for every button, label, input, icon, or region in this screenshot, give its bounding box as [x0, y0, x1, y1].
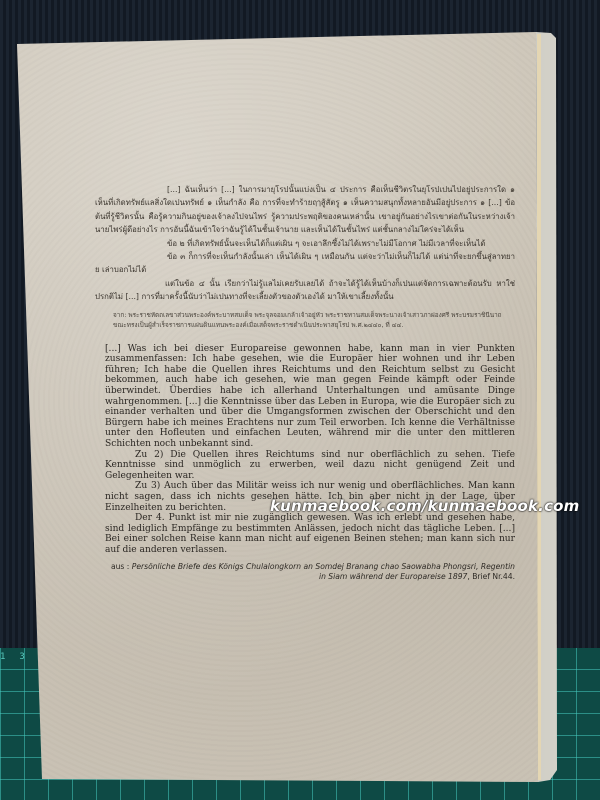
thai-paragraph: ข้อ ๓ ก็การที่จะเห็นกำลังนั้นเล่า เห็นได…	[95, 250, 515, 277]
german-paragraph: Zu 2) Die Quellen ihres Reichtums sind n…	[105, 450, 515, 482]
thai-source-citation: จาก: พระราชหัตถเลขาส่วนพระองค์พระบาทสมเด…	[95, 310, 515, 330]
german-source-citation: aus : Persönliche Briefe des Königs Chul…	[105, 562, 515, 583]
thai-paragraph: [...] ฉันเห็นว่า [...] ในการมายุโรปนั้นแ…	[95, 183, 515, 237]
source-suffix: , Brief Nr.44.	[467, 572, 515, 581]
source-prefix: aus :	[111, 562, 132, 571]
thai-excerpt: [...] ฉันเห็นว่า [...] ในการมายุโรปนั้นแ…	[95, 183, 515, 304]
german-paragraph: Der 4. Punkt ist mir nie zugänglich gewe…	[105, 513, 515, 555]
thai-paragraph: แต่ในข้อ ๔ นั้น เรียกว่าไม่รู้แลไม่เคยรั…	[95, 277, 515, 304]
german-excerpt: [...] Was ich bei dieser Europareise gew…	[95, 344, 515, 583]
book: [...] ฉันเห็นว่า [...] ในการมายุโรปนั้นแ…	[0, 0, 600, 800]
thai-paragraph: ข้อ ๒ ที่เกิดทรัพย์นั้นจะเห็นได้ก็แต่เผิ…	[95, 237, 515, 250]
german-paragraph: [...] Was ich bei dieser Europareise gew…	[105, 344, 515, 450]
source-title: Persönliche Briefe des Königs Chulalongk…	[132, 562, 515, 581]
cover-text-block: [...] ฉันเห็นว่า [...] ในการมายุโรปนั้นแ…	[95, 183, 515, 582]
watermark: kunmaebook.com/kunmaebook.com	[270, 497, 580, 515]
